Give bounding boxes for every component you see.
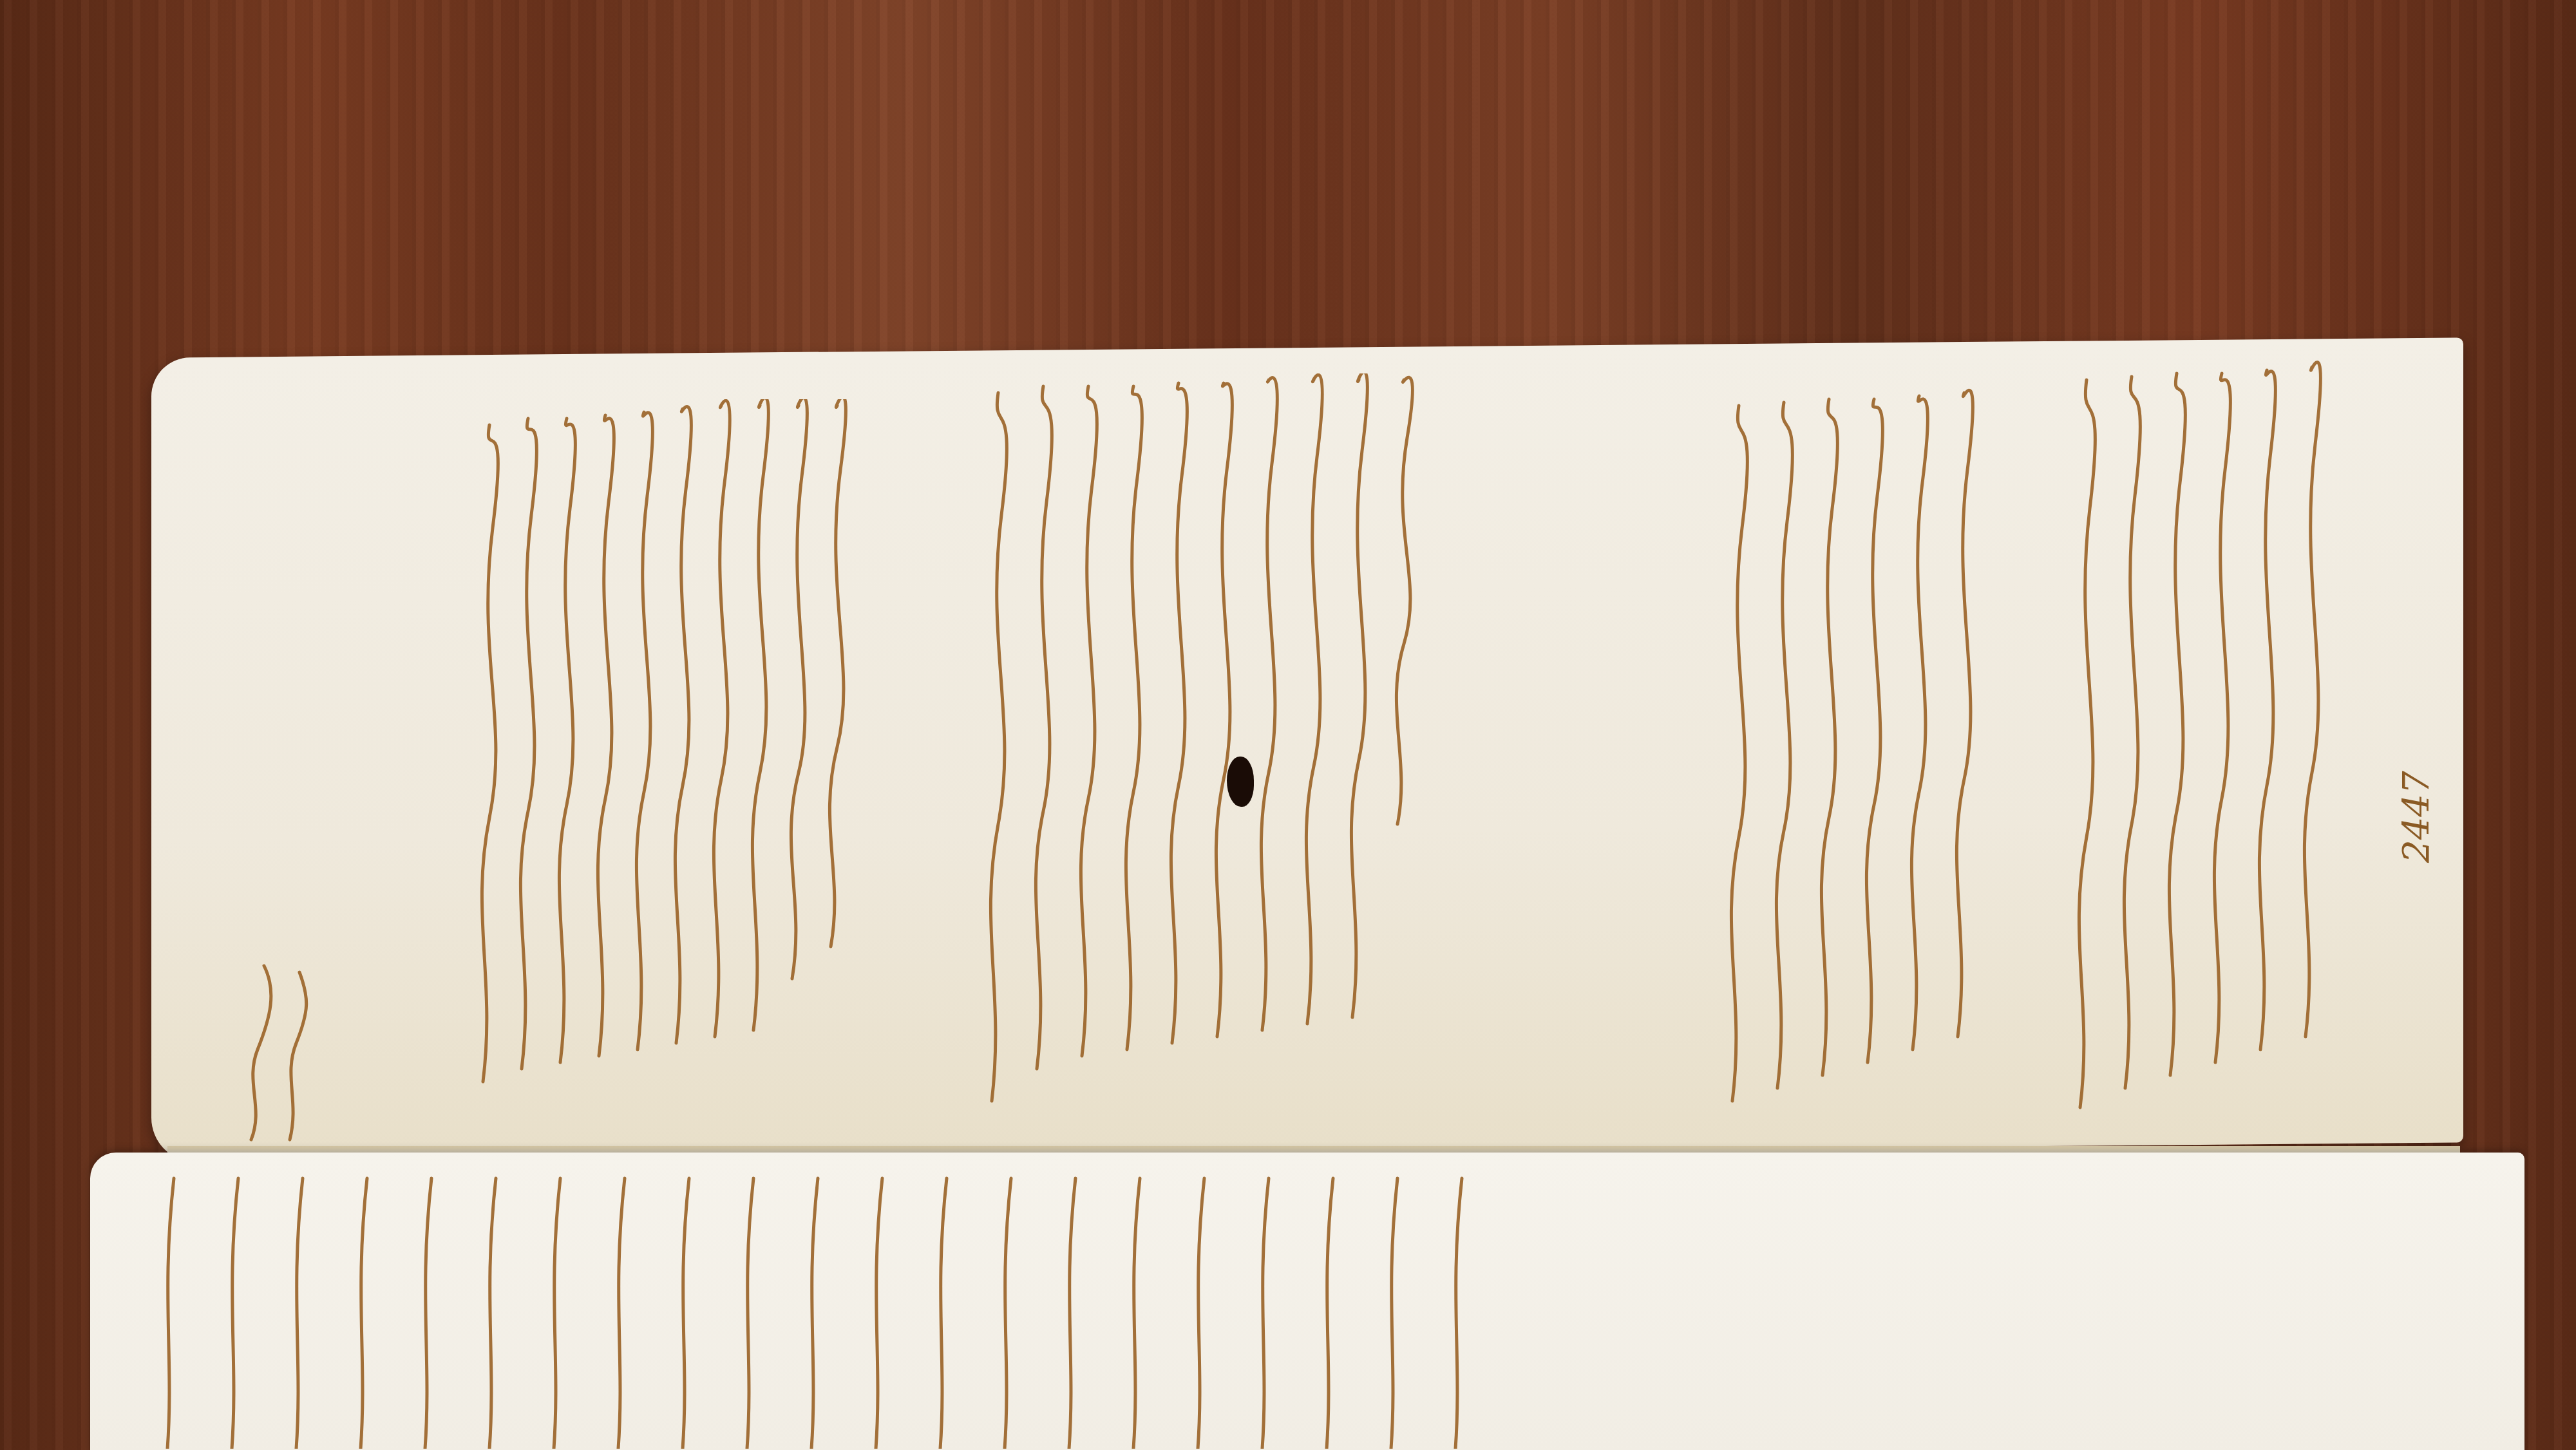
folio-number: 2447 [2396,771,2438,863]
handwriting-block-bottom [129,1165,1513,1449]
handwriting-block-1 [464,399,876,1095]
paper-hole [1227,757,1254,807]
margin-note-handwriting [238,953,328,1146]
handwriting-block-4 [2061,361,2396,1120]
handwriting-block-3 [1713,386,2022,1114]
handwriting-block-2 [972,373,1462,1133]
